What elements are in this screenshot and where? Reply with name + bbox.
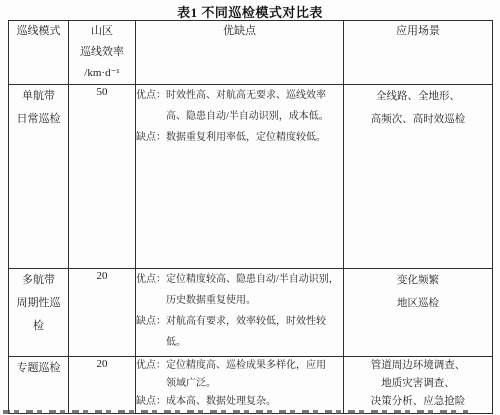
mode-line: 检 — [9, 315, 68, 338]
document-page: 表1 不同巡检模式对比表 巡线模式 山区 巡线效率 /km·d⁻¹ 优缺点 应用… — [0, 0, 500, 415]
header-efficiency-unit: /km·d⁻¹ — [69, 63, 135, 84]
pros-line: 历史数据重复使用。 — [136, 290, 343, 311]
efficiency-cell: 50 — [69, 85, 136, 269]
efficiency-value: 20 — [69, 269, 135, 283]
pros-line: 领域广泛。 — [136, 375, 343, 393]
efficiency-cell: 20 — [69, 357, 136, 414]
table-row: 多航带 周期性巡 检 20 优点：定位精度较高、隐患自动/半自动识别， 历史数据… — [9, 269, 493, 357]
mode-cell: 多航带 周期性巡 检 — [9, 269, 69, 357]
pros-line: 优点：定位精度高、巡检成果多样化，应用 — [136, 357, 343, 375]
scenario-line: 变化频繁 — [344, 269, 492, 292]
header-proscons-label: 优缺点 — [136, 21, 343, 42]
efficiency-value: 50 — [69, 85, 135, 99]
scenario-line: 高频次、高时效巡检 — [344, 108, 492, 131]
proscons-cell: 优点：时效性高、对航高无要求、巡线效率 高、隐患自动/半自动识别，成本低。 缺点… — [136, 85, 344, 269]
header-efficiency-line: 巡线效率 — [69, 42, 135, 63]
mode-cell: 专题巡检 — [9, 357, 69, 414]
clipped-text-line — [3, 410, 468, 414]
mode-line: 周期性巡 — [9, 292, 68, 315]
cons-line: 缺点：成本高、数据处理复杂。 — [136, 393, 343, 411]
mode-line: 专题巡检 — [9, 357, 68, 380]
mode-line: 多航带 — [9, 269, 68, 292]
mode-cell: 单航带 日常巡检 — [9, 85, 69, 269]
header-mode-label: 巡线模式 — [9, 21, 68, 42]
scenario-line: 地区巡检 — [344, 292, 492, 315]
proscons-cell: 优点：定位精度较高、隐患自动/半自动识别， 历史数据重复使用。 缺点：对航高有要… — [136, 269, 344, 357]
efficiency-value: 20 — [69, 357, 135, 371]
cons-line: 低。 — [136, 332, 343, 353]
scenario-cell: 全线路、全地形、 高频次、高时效巡检 — [344, 85, 493, 269]
efficiency-cell: 20 — [69, 269, 136, 357]
scenario-line: 管道周边环境调查、 — [344, 357, 492, 375]
table-row: 单航带 日常巡检 50 优点：时效性高、对航高无要求、巡线效率 高、隐患自动/半… — [9, 85, 493, 269]
scenario-line: 地质灾害调查、 — [344, 375, 492, 393]
mode-line: 日常巡检 — [9, 108, 68, 131]
table-row: 专题巡检 20 优点：定位精度高、巡检成果多样化，应用 领域广泛。 缺点：成本高… — [9, 357, 493, 414]
cons-line: 缺点：对航高有要求，效率较低，时效性较 — [136, 311, 343, 332]
header-efficiency: 山区 巡线效率 /km·d⁻¹ — [69, 21, 136, 85]
comparison-table: 巡线模式 山区 巡线效率 /km·d⁻¹ 优缺点 应用场景 单航带 日常巡检 5… — [8, 20, 493, 414]
scenario-cell: 变化频繁 地区巡检 — [344, 269, 493, 357]
proscons-cell: 优点：定位精度高、巡检成果多样化，应用 领域广泛。 缺点：成本高、数据处理复杂。 — [136, 357, 344, 414]
pros-line: 优点：定位精度较高、隐患自动/半自动识别， — [136, 269, 343, 290]
pros-line: 高、隐患自动/半自动识别，成本低。 — [136, 106, 343, 127]
header-scenario-label: 应用场景 — [344, 21, 492, 42]
pros-line: 优点：时效性高、对航高无要求、巡线效率 — [136, 85, 343, 106]
scenario-line: 全线路、全地形、 — [344, 85, 492, 108]
scenario-cell: 管道周边环境调查、 地质灾害调查、 决策分析、应急抢险 — [344, 357, 493, 414]
mode-line: 单航带 — [9, 85, 68, 108]
header-row: 巡线模式 山区 巡线效率 /km·d⁻¹ 优缺点 应用场景 — [9, 21, 493, 85]
scenario-line: 决策分析、应急抢险 — [344, 393, 492, 411]
cons-line: 缺点：数据重复利用率低，定位精度较低。 — [136, 127, 343, 148]
table-caption: 表1 不同巡检模式对比表 — [0, 2, 500, 21]
header-scenario: 应用场景 — [344, 21, 493, 85]
header-mode: 巡线模式 — [9, 21, 69, 85]
header-efficiency-line: 山区 — [69, 21, 135, 42]
header-proscons: 优缺点 — [136, 21, 344, 85]
